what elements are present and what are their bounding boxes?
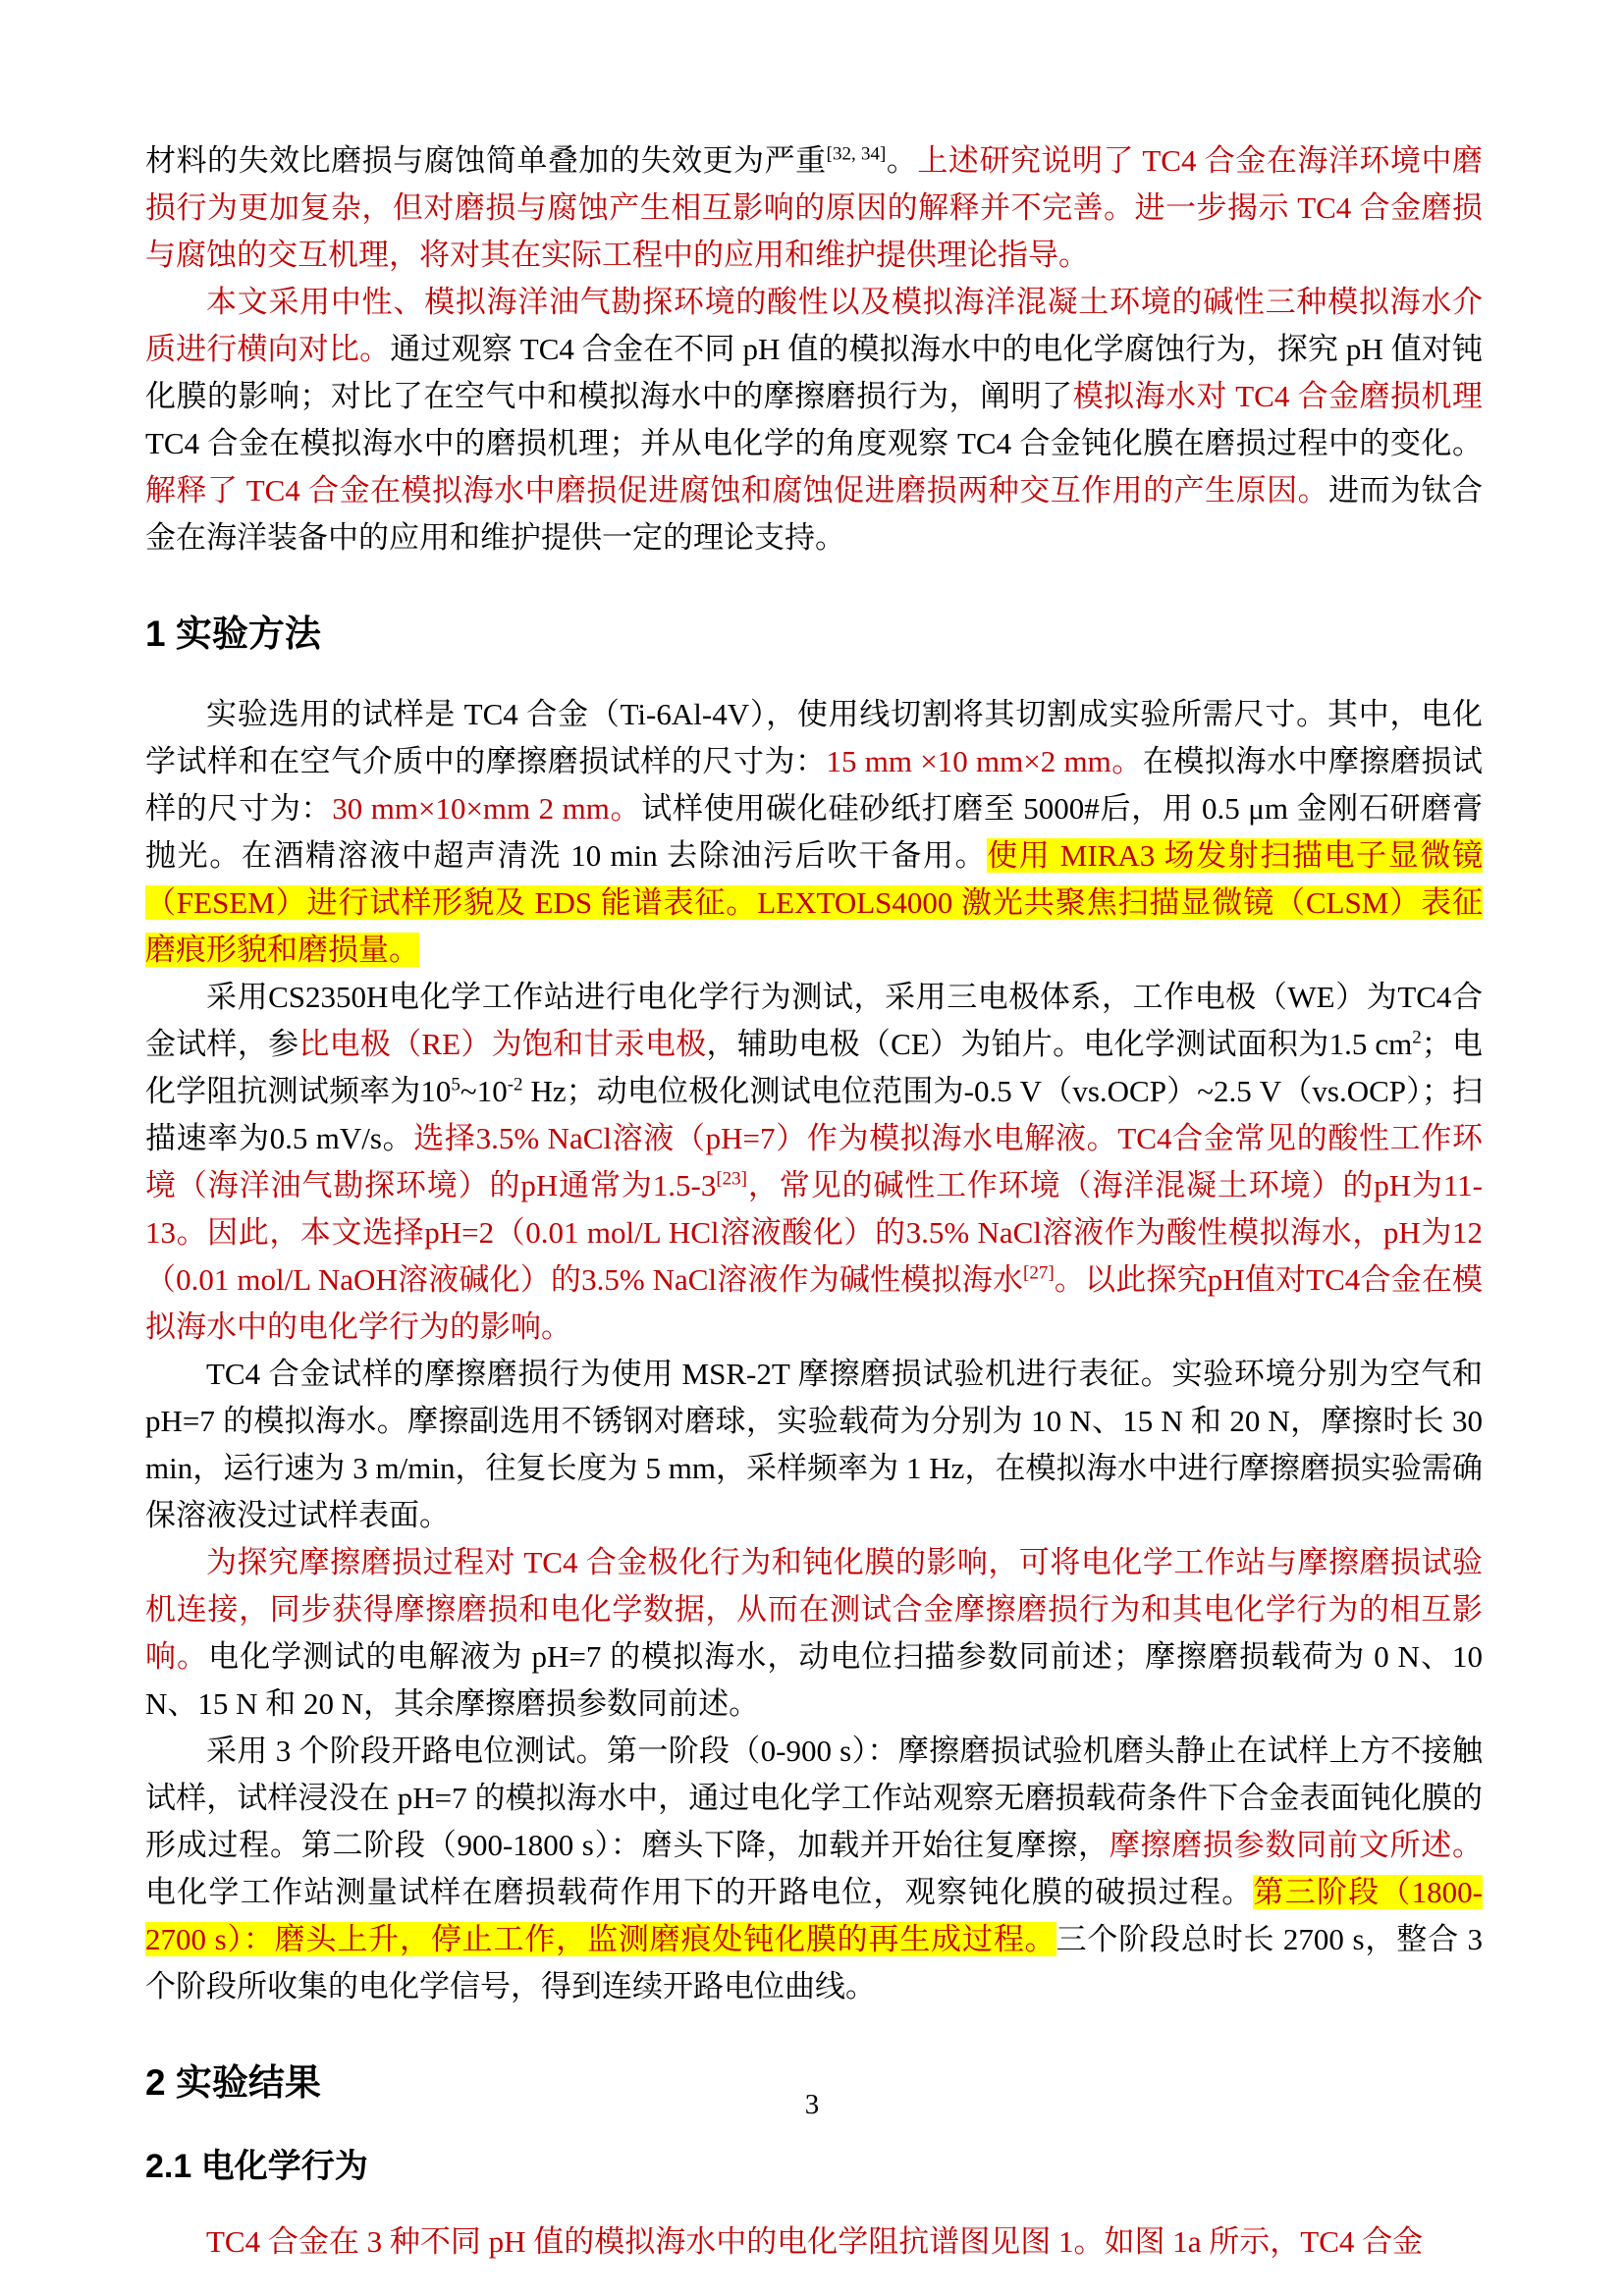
paragraph: TC4 合金试样的摩擦磨损行为使用 MSR-2T 摩擦磨损试验机进行表征。实验环…: [145, 1351, 1483, 1539]
document-content: 材料的失效比磨损与腐蚀简单叠加的失效更为严重[32, 34]。上述研究说明了 T…: [145, 137, 1483, 2266]
text-run: 。: [886, 143, 917, 178]
superscript-citation: 5: [451, 1075, 460, 1095]
paragraph: 本文采用中性、模拟海洋油气勘探环境的酸性以及模拟海洋混凝土环境的碱性三种模拟海水…: [145, 279, 1483, 561]
paragraph: 采用 3 个阶段开路电位测试。第一阶段（0-900 s）：摩擦磨损试验机磨头静止…: [145, 1728, 1483, 2010]
paragraph: 采用CS2350H电化学工作站进行电化学行为测试，采用三电极体系，工作电极（WE…: [145, 974, 1483, 1351]
page-number: 3: [0, 2089, 1624, 2121]
superscript-citation: 2: [1412, 1028, 1422, 1048]
text-run: 电化学测试的电解液为 pH=7 的模拟海水，动电位扫描参数同前述；摩擦磨损载荷为…: [145, 1639, 1483, 1721]
text-run: ，辅助电极（CE）为铂片。电化学测试面积为1.5 cm: [707, 1027, 1413, 1061]
paragraph: 为探究摩擦磨损过程对 TC4 合金极化行为和钝化膜的影响，可将电化学工作站与摩擦…: [145, 1539, 1483, 1728]
text-run: 模拟海水对 TC4 合金磨损机理: [1073, 379, 1483, 413]
paragraph: TC4 合金在 3 种不同 pH 值的模拟海水中的电化学阻抗谱图见图 1。如图 …: [145, 2218, 1483, 2266]
text-run: TC4 合金在模拟海水中的磨损机理；并从电化学的角度观察 TC4 合金钝化膜在磨…: [145, 426, 1483, 460]
text-run: 30 mm×10×mm 2 mm。: [332, 791, 641, 826]
text-run: 材料的失效比磨损与腐蚀简单叠加的失效更为严重: [145, 143, 827, 178]
subsection-heading: 2.1 电化学行为: [145, 2147, 1483, 2187]
paragraph: 材料的失效比磨损与腐蚀简单叠加的失效更为严重[32, 34]。上述研究说明了 T…: [145, 137, 1483, 279]
text-run: 比电极（RE）为饱和甘汞电极: [298, 1027, 706, 1061]
superscript-citation: -2: [508, 1075, 523, 1095]
superscript-citation: [32, 34]: [827, 144, 887, 165]
section-heading: 1 实验方法: [145, 613, 1483, 656]
superscript-citation: [27]: [1023, 1263, 1055, 1284]
text-run: 15 mm ×10 mm×2 mm。: [827, 744, 1143, 778]
paragraph: 实验选用的试样是 TC4 合金（Ti-6Al-4V），使用线切割将其切割成实验所…: [145, 691, 1483, 974]
text-run: TC4 合金在 3 种不同 pH 值的模拟海水中的电化学阻抗谱图见图 1。如图 …: [206, 2224, 1423, 2259]
text-run: ~10: [460, 1074, 508, 1108]
text-run: 解释了 TC4 合金在模拟海水中磨损促进腐蚀和腐蚀促进磨损两种交互作用的产生原因…: [145, 473, 1328, 507]
text-run: 电化学工作站测量试样在磨损载荷作用下的开路电位，观察钝化膜的破损过程。: [145, 1875, 1253, 1909]
text-run: 摩擦磨损参数同前文所述。: [1110, 1828, 1483, 1862]
text-run: TC4 合金试样的摩擦磨损行为使用 MSR-2T 摩擦磨损试验机进行表征。实验环…: [145, 1357, 1483, 1532]
superscript-citation: [23]: [716, 1169, 747, 1190]
